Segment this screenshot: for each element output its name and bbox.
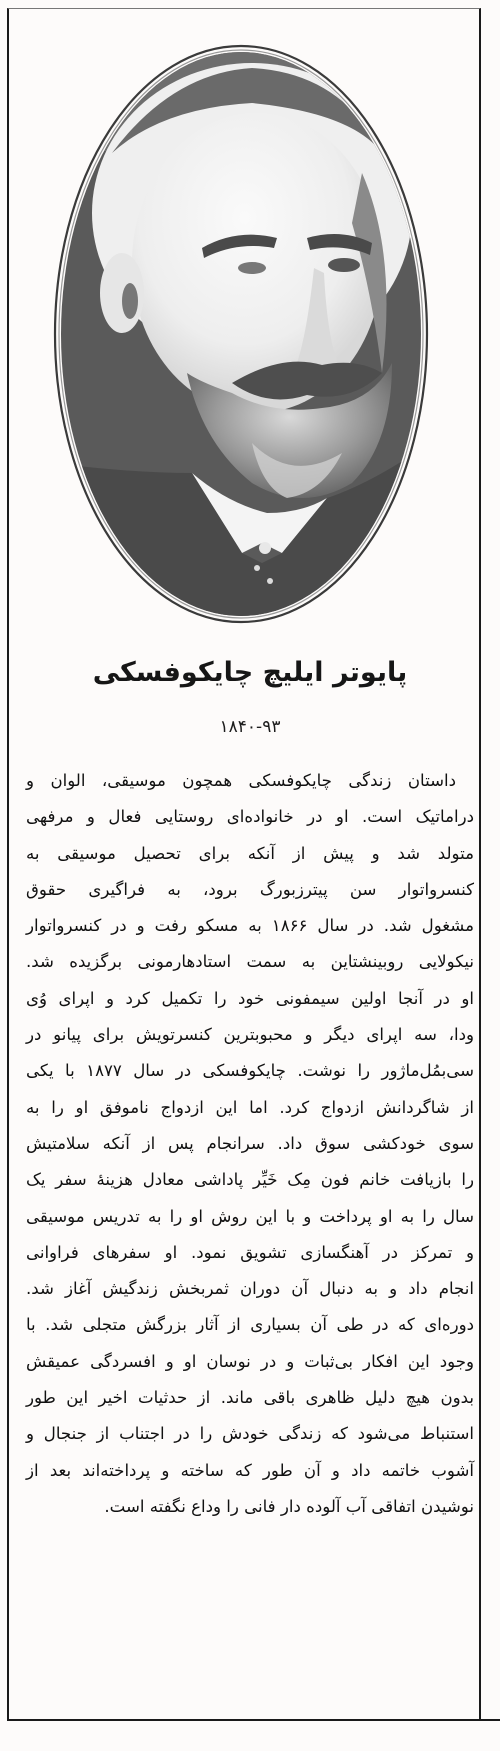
body-line: استنباط می‌شود که زندگی خودش را در اجتنا… <box>26 1416 474 1452</box>
body-line: آشوب خاتمه داد و آن طور که ساخته و پرداخ… <box>26 1453 474 1489</box>
body-line: ودا، سه اپرای دیگر و محبوبترین کنسرتویش … <box>26 1017 474 1053</box>
article-title: پایوتر ایلیچ چایکوفسکی <box>0 657 500 688</box>
body-line: متولد شد و پیش از آنکه برای تحصیل موسیقی… <box>26 836 474 872</box>
portrait-image <box>52 43 430 625</box>
body-line: داستان زندگی چایکوفسکی همچون موسیقی، الو… <box>26 763 474 799</box>
body-line: سال را به او پرداخت و با این روش او را ب… <box>26 1199 474 1235</box>
body-line: دراماتیک است. او در خانواده‌ای روستایی ف… <box>26 799 474 835</box>
body-line: او در آنجا اولین سیمفونی خود را تکمیل کر… <box>26 981 474 1017</box>
body-line: سوی خودکشی سوق داد. سرانجام پس از آنکه س… <box>26 1126 474 1162</box>
article-dates: ۱۸۴۰-۹۳ <box>0 717 500 737</box>
body-line: سی‌بمُل‌ماژور را نوشت. چایکوفسکی در سال … <box>26 1053 474 1089</box>
bottom-rule <box>7 1719 500 1721</box>
body-line: را بازیافت خانم فون مِک خَیِّر پاداشی مع… <box>26 1162 474 1198</box>
body-line: بدون هیچ دلیل ظاهری باقی ماند. از حدثیات… <box>26 1380 474 1416</box>
body-line: و تمرکز در آهنگسازی تشویق نمود. او سفرها… <box>26 1235 474 1271</box>
body-line: انجام داد و به دنبال آن دوران ثمربخش زند… <box>26 1271 474 1307</box>
body-line: نوشیدن اتفاقی آب آلوده دار فانی را وداع … <box>26 1489 474 1525</box>
body-line: کنسرواتوار سن پیترزبورگ برود، به فراگیری… <box>26 872 474 908</box>
article-body: داستان زندگی چایکوفسکی همچون موسیقی، الو… <box>26 763 474 1525</box>
body-line: دوره‌ای که در طی آن بسیاری از آثار بزرگش… <box>26 1307 474 1343</box>
body-line: وجود این افکار بی‌ثبات و در نوسان او و ا… <box>26 1344 474 1380</box>
portrait-oval <box>52 43 430 625</box>
body-line: از شاگردانش ازدواج کرد. اما این ازدواج ن… <box>26 1090 474 1126</box>
body-line: مشغول شد. در سال ۱۸۶۶ به مسکو رفت و در ک… <box>26 908 474 944</box>
body-line: نیکولایی روبینشتاین به سمت استادهارمونی … <box>26 944 474 980</box>
